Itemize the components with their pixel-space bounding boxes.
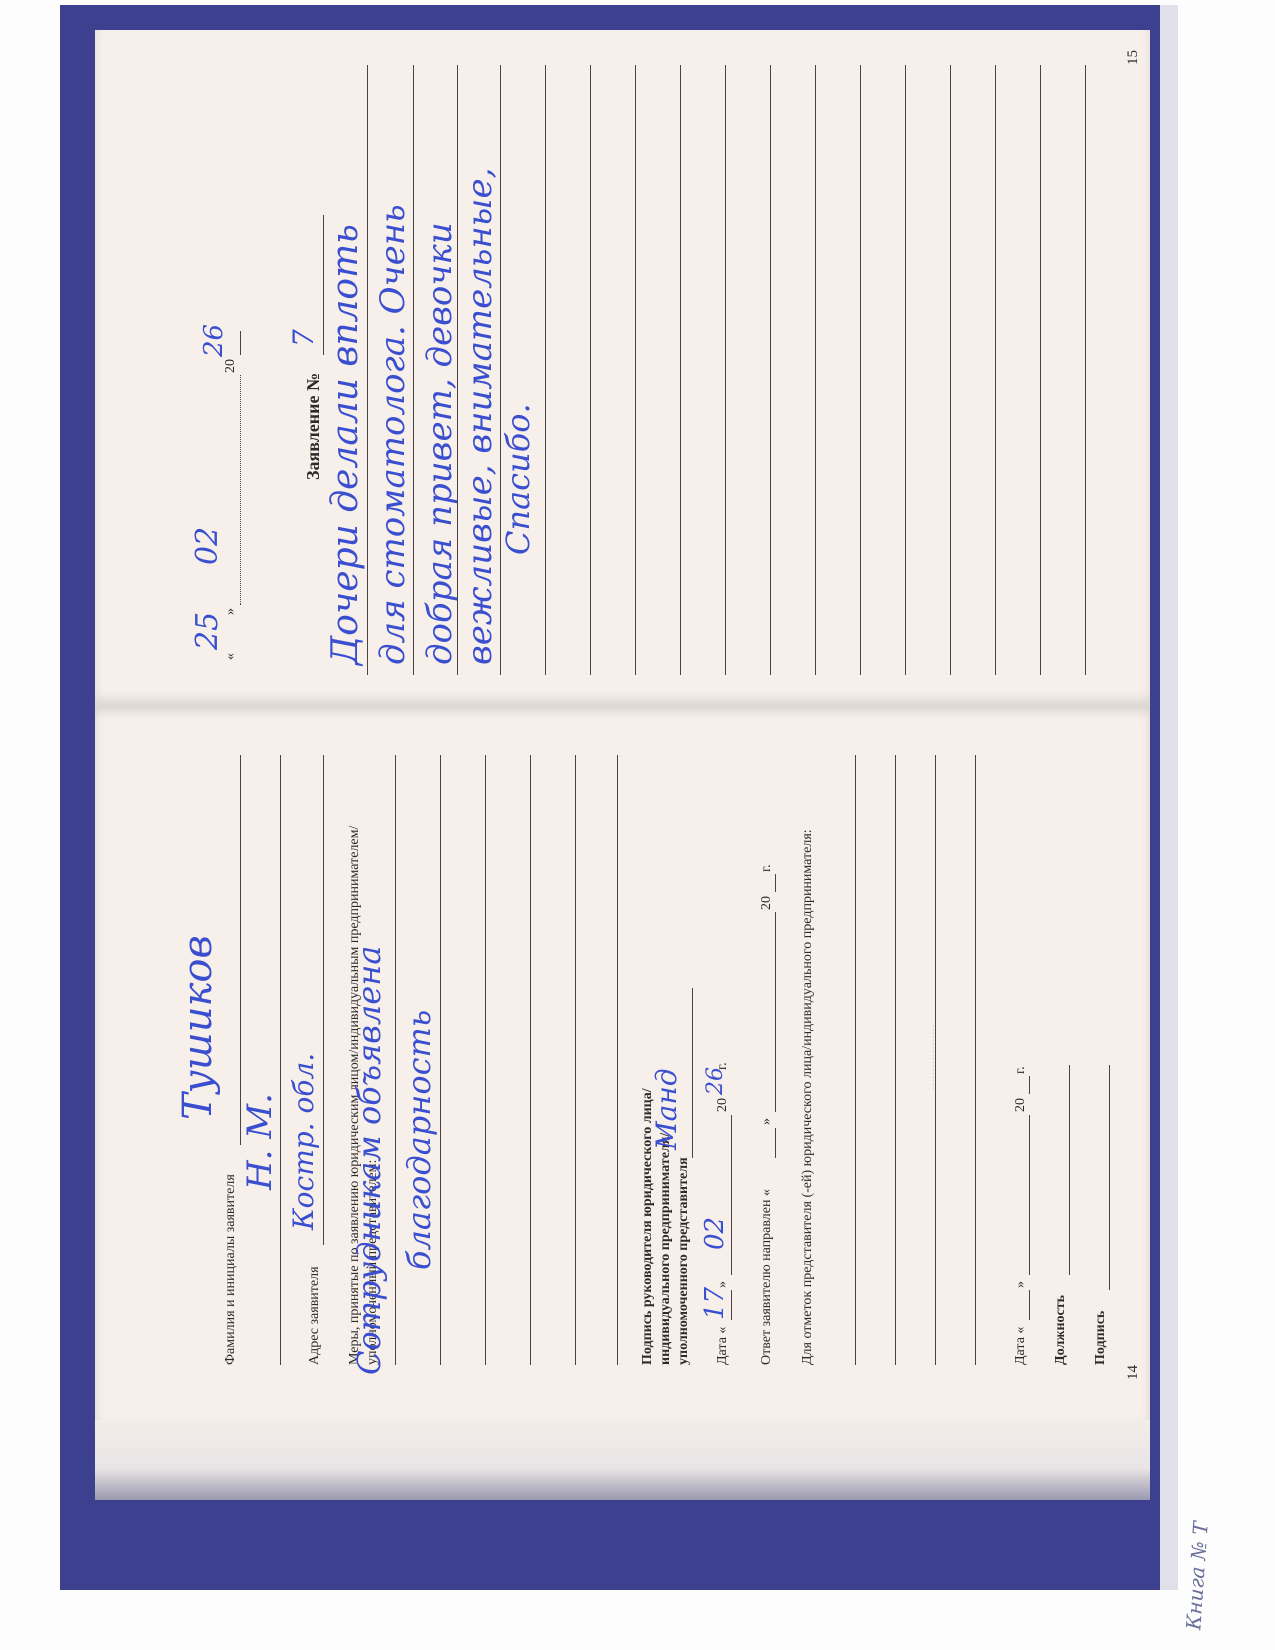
statement-line-2: для стоматолога. Очень [373,204,413,665]
date-day: 17 [700,1287,730,1320]
statement-rule-14 [950,65,951,675]
address-value: Костр. обл. [287,1053,320,1230]
right-page: « 25 » 02 20 26 Заявление № 7 Дочери дел… [95,30,1150,705]
address-line [323,755,324,1245]
measures-line-5 [575,755,576,1365]
measures-line-6 [617,755,618,1365]
statement-rule-8 [680,65,681,675]
measures-value-1: Сотрудникам объявлена [350,946,388,1375]
signature-line [692,988,693,1158]
statement-rule-16 [1040,65,1041,675]
applicant-name-line-2 [280,755,281,1365]
statement-rule-12 [860,65,861,675]
bottom-date-year-line [1029,1076,1030,1094]
statement-rule-10 [770,65,771,675]
statement-rule-2 [413,65,414,675]
statement-rule-5 [545,65,546,675]
bottom-date-day-line [1029,1290,1030,1320]
reply-year-prefix: 20 [759,896,775,910]
date-month: 02 [700,1217,730,1250]
right-date-year: 26 [199,324,229,357]
right-date-year-prefix: 20 [223,359,239,373]
statement-line-3: добрая привет, девочки [420,222,460,665]
statement-rule-4 [500,65,501,675]
cover-edge [1160,5,1178,1590]
right-date-year-line [240,331,241,355]
sign-line [1109,1065,1110,1290]
statement-rule-17 [1085,65,1086,675]
book-spread: Фамилия и инициалы заявителя Тушиков Н. … [0,0,1275,1650]
bottom-date-close-quote: » [1013,1281,1029,1288]
applicant-name-line [240,755,241,1145]
statement-rule-15 [995,65,996,675]
reply-suffix: г. [759,864,775,872]
bleed-through-text: ……………… [925,1024,937,1090]
date-close-quote: » [715,1281,731,1288]
measures-line-4 [530,755,531,1365]
applicant-name-label: Фамилия и инициалы заявителя [223,1174,239,1365]
statement-rule-1 [367,65,368,675]
reply-year-line [775,874,776,892]
right-date-open-quote: « [223,653,239,660]
statement-rule-13 [905,65,906,675]
statement-rule-6 [590,65,591,675]
reply-label: Ответ заявителю направлен « [759,1189,775,1365]
date-year-prefix: 20 [715,1098,731,1112]
signature-label-3: уполномоченного представителя [676,1157,692,1365]
bottom-date-month-line [1029,1115,1030,1275]
notes-line-4 [975,755,976,1365]
reply-day-line [775,1128,776,1158]
address-label: Адрес заявителя [307,1266,323,1365]
statement-number: 7 [287,329,320,347]
date-label: Дата « [715,1327,731,1365]
page-edge [95,1420,1150,1500]
date-year: 26 [703,1067,728,1095]
signature-label-2: индивидуального предпринимателя/ [658,1133,674,1365]
notes-line-2 [895,755,896,1365]
notes-label: Для отметок представителя (-ей) юридичес… [800,829,816,1365]
left-page: Фамилия и инициалы заявителя Тушиков Н. … [95,705,1150,1420]
right-date-day: 25 [190,612,225,650]
position-label: Должность [1053,1295,1069,1365]
applicant-initials-value: Н. М. [240,1093,280,1190]
page-number-14: 14 [1125,1365,1142,1380]
statement-rule-9 [725,65,726,675]
statement-line-5: Спасибо. [499,403,537,555]
statement-number-line [323,215,324,355]
position-line [1069,1065,1070,1275]
margin-note: Книга № Т [1181,1521,1213,1631]
measures-line-1 [395,755,396,1365]
measures-value-2: благодарность [400,1010,438,1270]
page-number-15: 15 [1125,50,1142,65]
statement-line-4: вежливые, внимательные, [460,168,500,665]
statement-rule-11 [815,65,816,675]
bottom-date-label: Дата « [1013,1327,1029,1365]
statement-line-1: Дочери делали вплоть [325,224,366,665]
statement-rule-3 [457,65,458,675]
bottom-date-year-prefix: 20 [1013,1098,1029,1112]
date-day-line [731,1290,732,1320]
date-month-line [731,1115,732,1275]
right-date-month: 02 [190,527,225,565]
reply-month-line [775,912,776,1112]
right-date-close-quote: » [223,608,239,615]
signature-value: Манд [650,1068,683,1150]
reply-close-quote: » [759,1118,775,1125]
statement-title: Заявление № [303,373,324,480]
measures-line-2 [440,755,441,1365]
statement-rule-7 [635,65,636,675]
applicant-name-value: Тушиков [175,935,221,1120]
right-date-month-line [240,375,241,605]
date-suffix: г. [715,1062,731,1070]
notes-line-1 [855,755,856,1365]
measures-line-3 [485,755,486,1365]
sign-label: Подпись [1093,1311,1109,1365]
bottom-date-suffix: г. [1013,1066,1029,1074]
